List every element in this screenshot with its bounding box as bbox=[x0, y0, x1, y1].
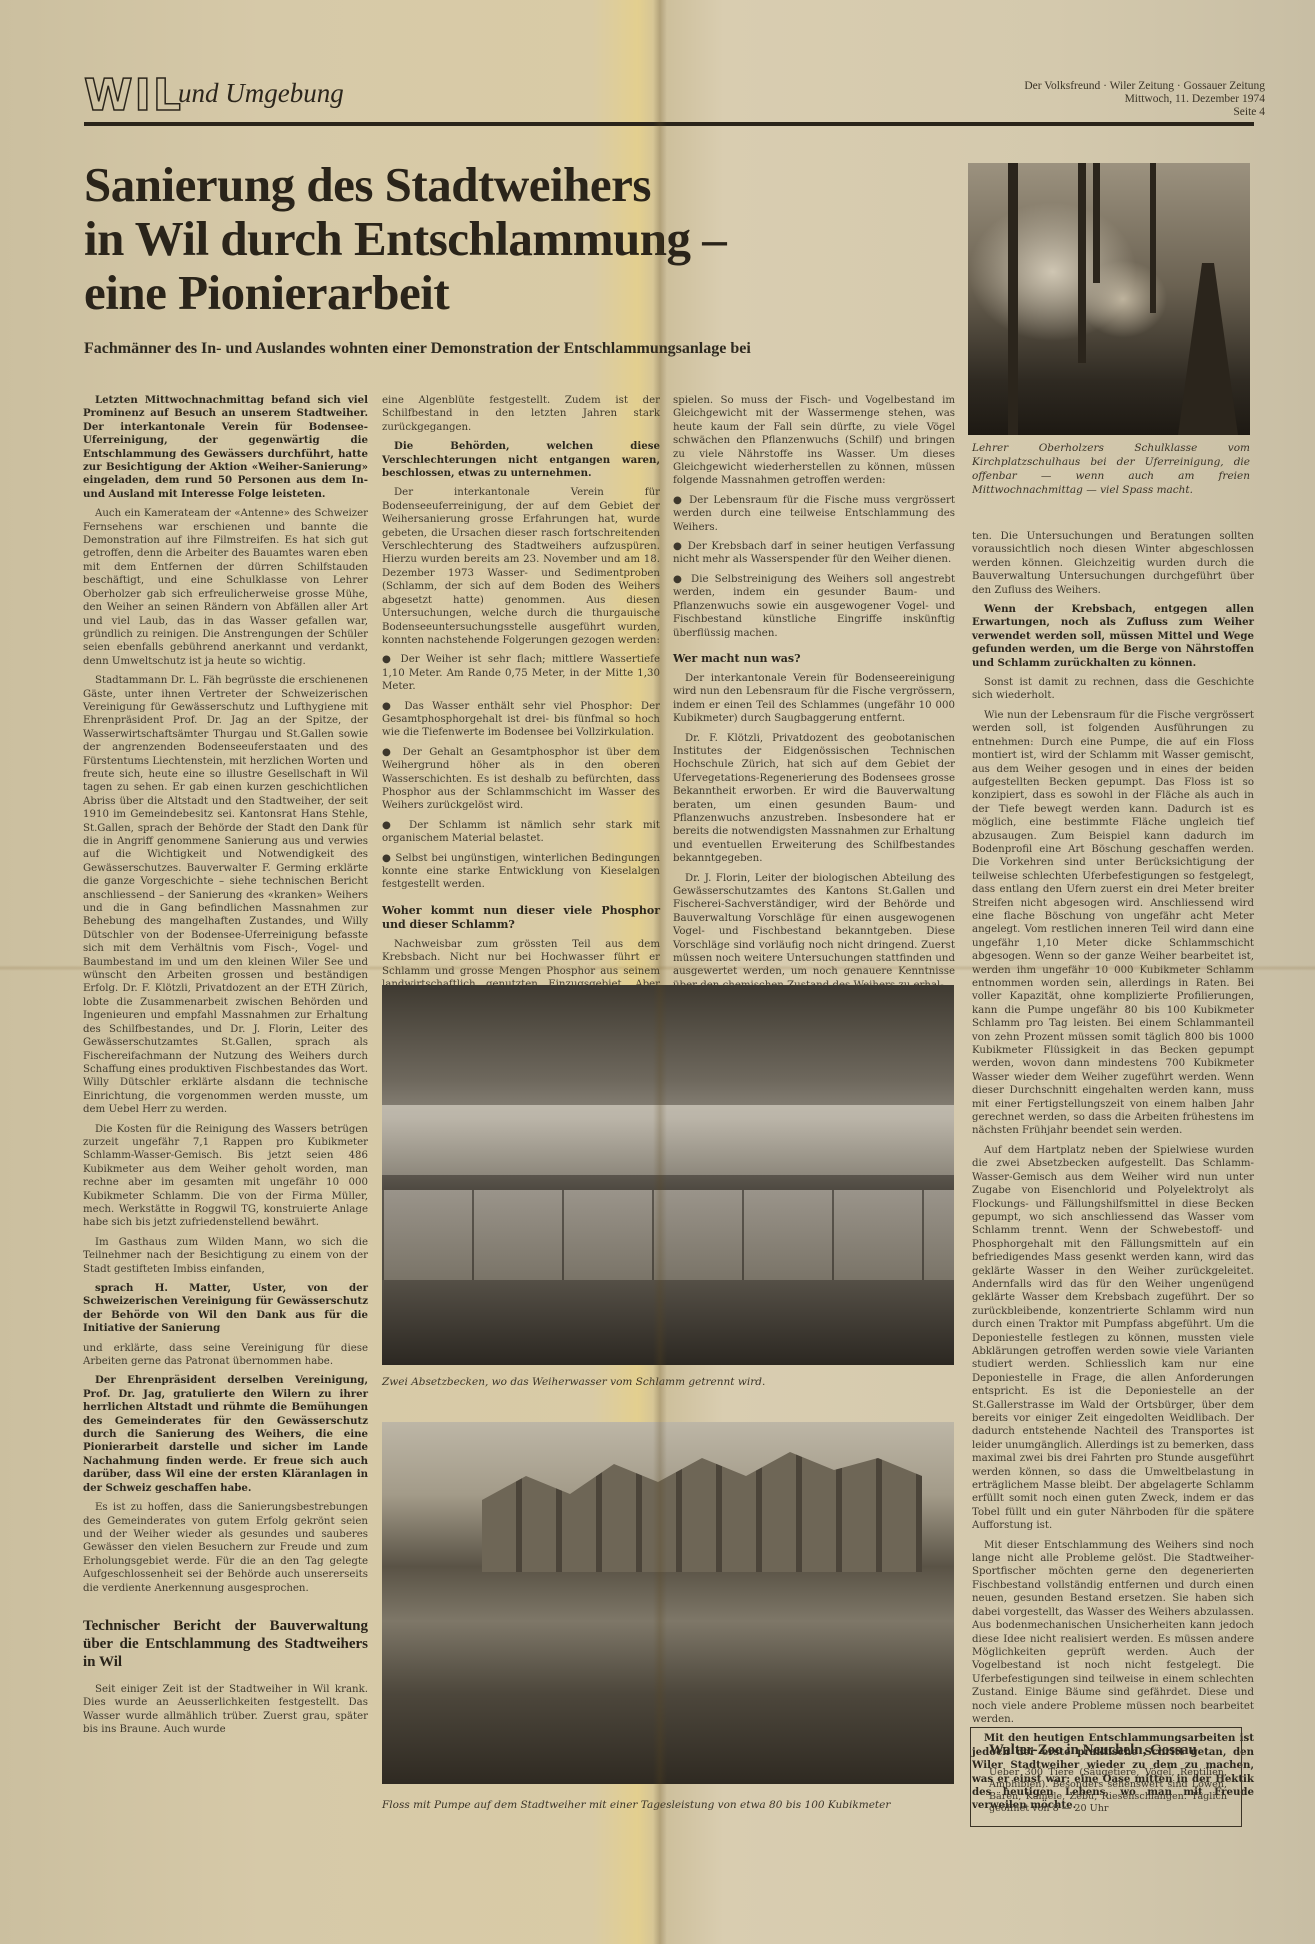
photo-schoolchildren bbox=[968, 163, 1250, 435]
paragraph: Mit dieser Entschlammung des Weihers sin… bbox=[972, 1539, 1254, 1727]
paragraph: und erklärte, dass seine Vereinigung für… bbox=[83, 1342, 368, 1369]
page-number: Seite 4 bbox=[1024, 106, 1265, 119]
paragraph: Die Kosten für die Reinigung des Wassers… bbox=[83, 1123, 368, 1230]
article-column-3: spielen. So muss der Fisch- und Vogelbes… bbox=[673, 394, 955, 998]
article-headline: Sanierung des Stadtweihers in Wil durch … bbox=[84, 158, 984, 320]
bullet-item: Der Lebensraum für die Fische muss vergr… bbox=[673, 494, 955, 534]
headline-line-2: in Wil durch Entschlammung – bbox=[84, 212, 984, 266]
bullet-item: Selbst bei ungünstigen, winterlichen Bed… bbox=[382, 852, 660, 892]
bold-paragraph: Wenn der Krebsbach, entgegen allen Erwar… bbox=[972, 603, 1254, 670]
paragraph: Im Gasthaus zum Wilden Mann, wo sich die… bbox=[83, 1236, 368, 1276]
paragraph: Es ist zu hoffen, dass die Sanierungsbes… bbox=[83, 1501, 368, 1595]
bullet-item: Der Schlamm ist nämlich sehr stark mit o… bbox=[382, 819, 660, 846]
ad-title: Walter-Zoo in Neucheln, Gossau bbox=[989, 1742, 1227, 1759]
article-column-1: Letzten Mittwochnachmittag befand sich v… bbox=[83, 394, 368, 1743]
paragraph: ten. Die Untersuchungen und Beratungen s… bbox=[972, 530, 1254, 597]
bullet-item: Der Krebsbach darf in seiner heutigen Ve… bbox=[673, 540, 955, 567]
paragraph: Stadtammann Dr. L. Fäh begrüsste die ers… bbox=[83, 674, 368, 1116]
paragraph: spielen. So muss der Fisch- und Vogelbes… bbox=[673, 394, 955, 488]
bullet-item: Das Wasser enthält sehr viel Phosphor: D… bbox=[382, 700, 660, 740]
bullet-item: Der Weiher ist sehr flach; mittlere Wass… bbox=[382, 653, 660, 693]
article-column-4: ten. Die Untersuchungen und Beratungen s… bbox=[972, 530, 1254, 1819]
bold-paragraph: Der Ehrenpräsident derselben Vereinigung… bbox=[83, 1374, 368, 1495]
paragraph: Auf dem Hartplatz neben der Spielwiese w… bbox=[972, 1144, 1254, 1533]
bold-paragraph: sprach H. Matter, Uster, von der Schweiz… bbox=[83, 1282, 368, 1336]
issue-date: Mittwoch, 11. Dezember 1974 bbox=[1024, 93, 1265, 106]
section-heading: Technischer Bericht der Bauverwaltung üb… bbox=[83, 1617, 368, 1671]
masthead-rule bbox=[84, 122, 1254, 126]
subheading: Woher kommt nun dieser viele Phosphor un… bbox=[382, 904, 660, 932]
publication-names: Der Volksfreund · Wiler Zeitung · Gossau… bbox=[1024, 80, 1265, 93]
paragraph: Dr. F. Klötzli, Privatdozent des geobota… bbox=[673, 732, 955, 866]
paragraph: Dr. J. Florin, Leiter der biologischen A… bbox=[673, 872, 955, 993]
headline-line-3: eine Pionierarbeit bbox=[84, 266, 984, 320]
bullet-item: Die Selbstreinigung des Weihers soll ang… bbox=[673, 573, 955, 640]
caption-schoolchildren: Lehrer Oberholzers Schulklasse vom Kirch… bbox=[972, 441, 1250, 497]
paragraph: Auch ein Kamerateam der «Antenne» des Sc… bbox=[83, 507, 368, 668]
article-deck: Fachmänner des In- und Auslandes wohnten… bbox=[84, 340, 984, 358]
photo-settling-basins bbox=[382, 985, 954, 1365]
publication-info: Der Volksfreund · Wiler Zeitung · Gossau… bbox=[1024, 80, 1265, 119]
zoo-advertisement: Walter-Zoo in Neucheln, Gossau Ueber 300… bbox=[970, 1727, 1242, 1827]
bold-paragraph: Letzten Mittwochnachmittag befand sich v… bbox=[83, 394, 368, 501]
newspaper-page: WIL und Umgebung Der Volksfreund · Wiler… bbox=[0, 0, 1315, 1944]
paragraph: Sonst ist damit zu rechnen, dass die Ges… bbox=[972, 676, 1254, 703]
article-column-2: eine Algenblüte festgestellt. Zudem ist … bbox=[382, 394, 660, 1011]
paragraph: Seit einiger Zeit ist der Stadtweiher in… bbox=[83, 1683, 368, 1737]
bold-paragraph: Die Behörden, welchen diese Verschlechte… bbox=[382, 440, 660, 480]
ad-text: Ueber 300 Tiere (Säugetiere, Vögel, Rept… bbox=[989, 1767, 1227, 1815]
bullet-item: Der Gehalt an Gesamtphosphor ist über de… bbox=[382, 746, 660, 813]
subheading: Wer macht nun was? bbox=[673, 652, 955, 666]
paragraph: Wie nun der Lebensraum für die Fische ve… bbox=[972, 709, 1254, 1138]
photo-pump-raft bbox=[382, 1422, 954, 1784]
paragraph: Der interkantonale Verein für Bodenseeuf… bbox=[382, 486, 660, 647]
caption-settling-basins: Zwei Absetzbecken, wo das Weiherwasser v… bbox=[382, 1375, 954, 1389]
paragraph: Der interkantonale Verein für Bodenseere… bbox=[673, 672, 955, 726]
masthead-title: WIL bbox=[84, 74, 183, 118]
paragraph: eine Algenblüte festgestellt. Zudem ist … bbox=[382, 394, 660, 434]
headline-line-1: Sanierung des Stadtweihers bbox=[84, 158, 984, 212]
caption-pump-raft: Floss mit Pumpe auf dem Stadtweiher mit … bbox=[382, 1798, 954, 1812]
masthead-subtitle: und Umgebung bbox=[178, 78, 344, 109]
